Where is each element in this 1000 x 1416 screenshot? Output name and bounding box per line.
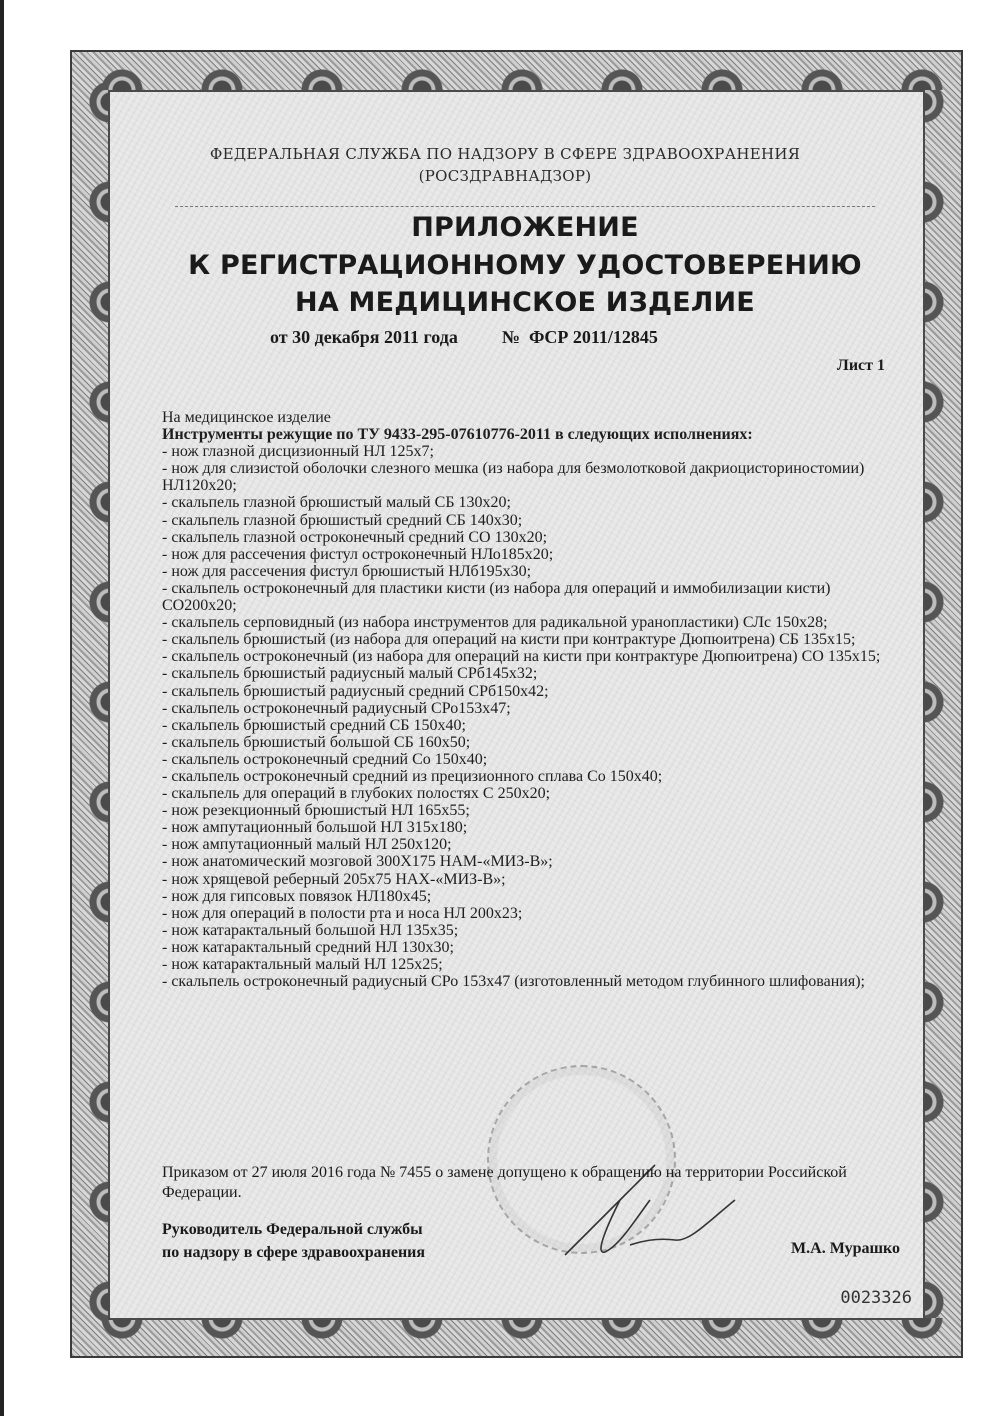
instrument-item: - скальпель глазной брюшистый малый СБ 1… [162, 494, 902, 511]
document-subtitle-2: НА МЕДИЦИНСКОЕ ИЗДЕЛИЕ [120, 287, 930, 318]
instrument-item: - нож катарактальный большой НЛ 135x35; [162, 922, 902, 939]
signer-name: М.А. Мурашко [791, 1240, 900, 1258]
document-title: ПРИЛОЖЕНИЕ [120, 212, 930, 243]
registration-number: № ФСР 2011/12845 [502, 327, 658, 347]
agency-abbreviation: (РОСЗДРАВНАДЗОР) [150, 165, 860, 187]
agency-name: ФЕДЕРАЛЬНАЯ СЛУЖБА ПО НАДЗОРУ В СФЕРЕ ЗД… [150, 143, 860, 165]
instrument-item: - скальпель для операций в глубоких поло… [162, 785, 902, 802]
instrument-item: - скальпель остроконечный (из набора для… [162, 648, 902, 665]
instrument-item: - скальпель серповидный (из набора инстр… [162, 614, 902, 631]
instrument-item: - нож катарактальный малый НЛ 125x25; [162, 956, 902, 973]
intro-text: На медицинское изделие [162, 409, 902, 426]
instrument-item: - скальпель брюшистый большой СБ 160x50; [162, 734, 902, 751]
sheet-number: Лист 1 [837, 357, 885, 375]
signer-title: Руководитель Федеральной службы по надзо… [162, 1218, 425, 1264]
serial-number: 0023326 [840, 1288, 912, 1308]
instrument-item: - нож для операций в полости рта и носа … [162, 905, 902, 922]
instrument-item: - скальпель остроконечный средний из пре… [162, 768, 902, 785]
instrument-item: - нож для гипсовых повязок НЛ180x45; [162, 888, 902, 905]
signer-title-line-2: по надзору в сфере здравоохранения [162, 1241, 425, 1264]
agency-header: ФЕДЕРАЛЬНАЯ СЛУЖБА ПО НАДЗОРУ В СФЕРЕ ЗД… [150, 143, 860, 187]
instrument-item: - скальпель брюшистый средний СБ 150x40; [162, 717, 902, 734]
instrument-item: - скальпель остроконечный для пластики к… [162, 580, 902, 614]
instrument-item: - нож анатомический мозговой 300X175 НАМ… [162, 853, 902, 870]
header-divider [175, 206, 875, 207]
instrument-item: - нож катарактальный средний НЛ 130x30; [162, 939, 902, 956]
instrument-item: - скальпель глазной остроконечный средни… [162, 529, 902, 546]
instrument-list: - нож глазной дисцизионный НЛ 125x7;- но… [162, 443, 902, 990]
instrument-item: - нож ампутационный большой НЛ 315x180; [162, 819, 902, 836]
registration-date: от 30 декабря 2011 года [270, 327, 458, 347]
device-description: На медицинское изделие Инструменты режущ… [162, 409, 902, 990]
instrument-item: - скальпель брюшистый (из набора для опе… [162, 631, 902, 648]
registration-line: от 30 декабря 2011 года№ ФСР 2011/12845 [270, 327, 658, 348]
instrument-item: - нож резекционный брюшистый НЛ 165x55; [162, 802, 902, 819]
document-subtitle-1: К РЕГИСТРАЦИОННОМУ УДОСТОВЕРЕНИЮ [120, 250, 930, 281]
instrument-item: - нож глазной дисцизионный НЛ 125x7; [162, 443, 902, 460]
instrument-item: - скальпель остроконечный радиусный СРо … [162, 973, 902, 990]
instrument-item: - скальпель остроконечный средний Со 150… [162, 751, 902, 768]
instrument-item: - нож для слизистой оболочки слезного ме… [162, 460, 902, 494]
instrument-item: - скальпель глазной брюшистый средний СБ… [162, 512, 902, 529]
instrument-item: - нож для рассечения фистул остроконечны… [162, 546, 902, 563]
document-page: ФЕДЕРАЛЬНАЯ СЛУЖБА ПО НАДЗОРУ В СФЕРЕ ЗД… [0, 0, 1000, 1416]
signer-title-line-1: Руководитель Федеральной службы [162, 1218, 425, 1241]
instrument-item: - скальпель остроконечный радиусный СРо1… [162, 700, 902, 717]
instrument-item: - скальпель брюшистый радиусный средний … [162, 683, 902, 700]
product-heading: Инструменты режущие по ТУ 9433-295-07610… [162, 426, 902, 443]
instrument-item: - скальпель брюшистый радиусный малый СР… [162, 665, 902, 682]
instrument-item: - нож хрящевой реберный 205x75 НАХ-«МИЗ-… [162, 871, 902, 888]
order-note: Приказом от 27 июля 2016 года № 7455 о з… [162, 1163, 902, 1203]
instrument-item: - нож для рассечения фистул брюшистый НЛ… [162, 563, 902, 580]
instrument-item: - нож ампутационный малый НЛ 250x120; [162, 836, 902, 853]
